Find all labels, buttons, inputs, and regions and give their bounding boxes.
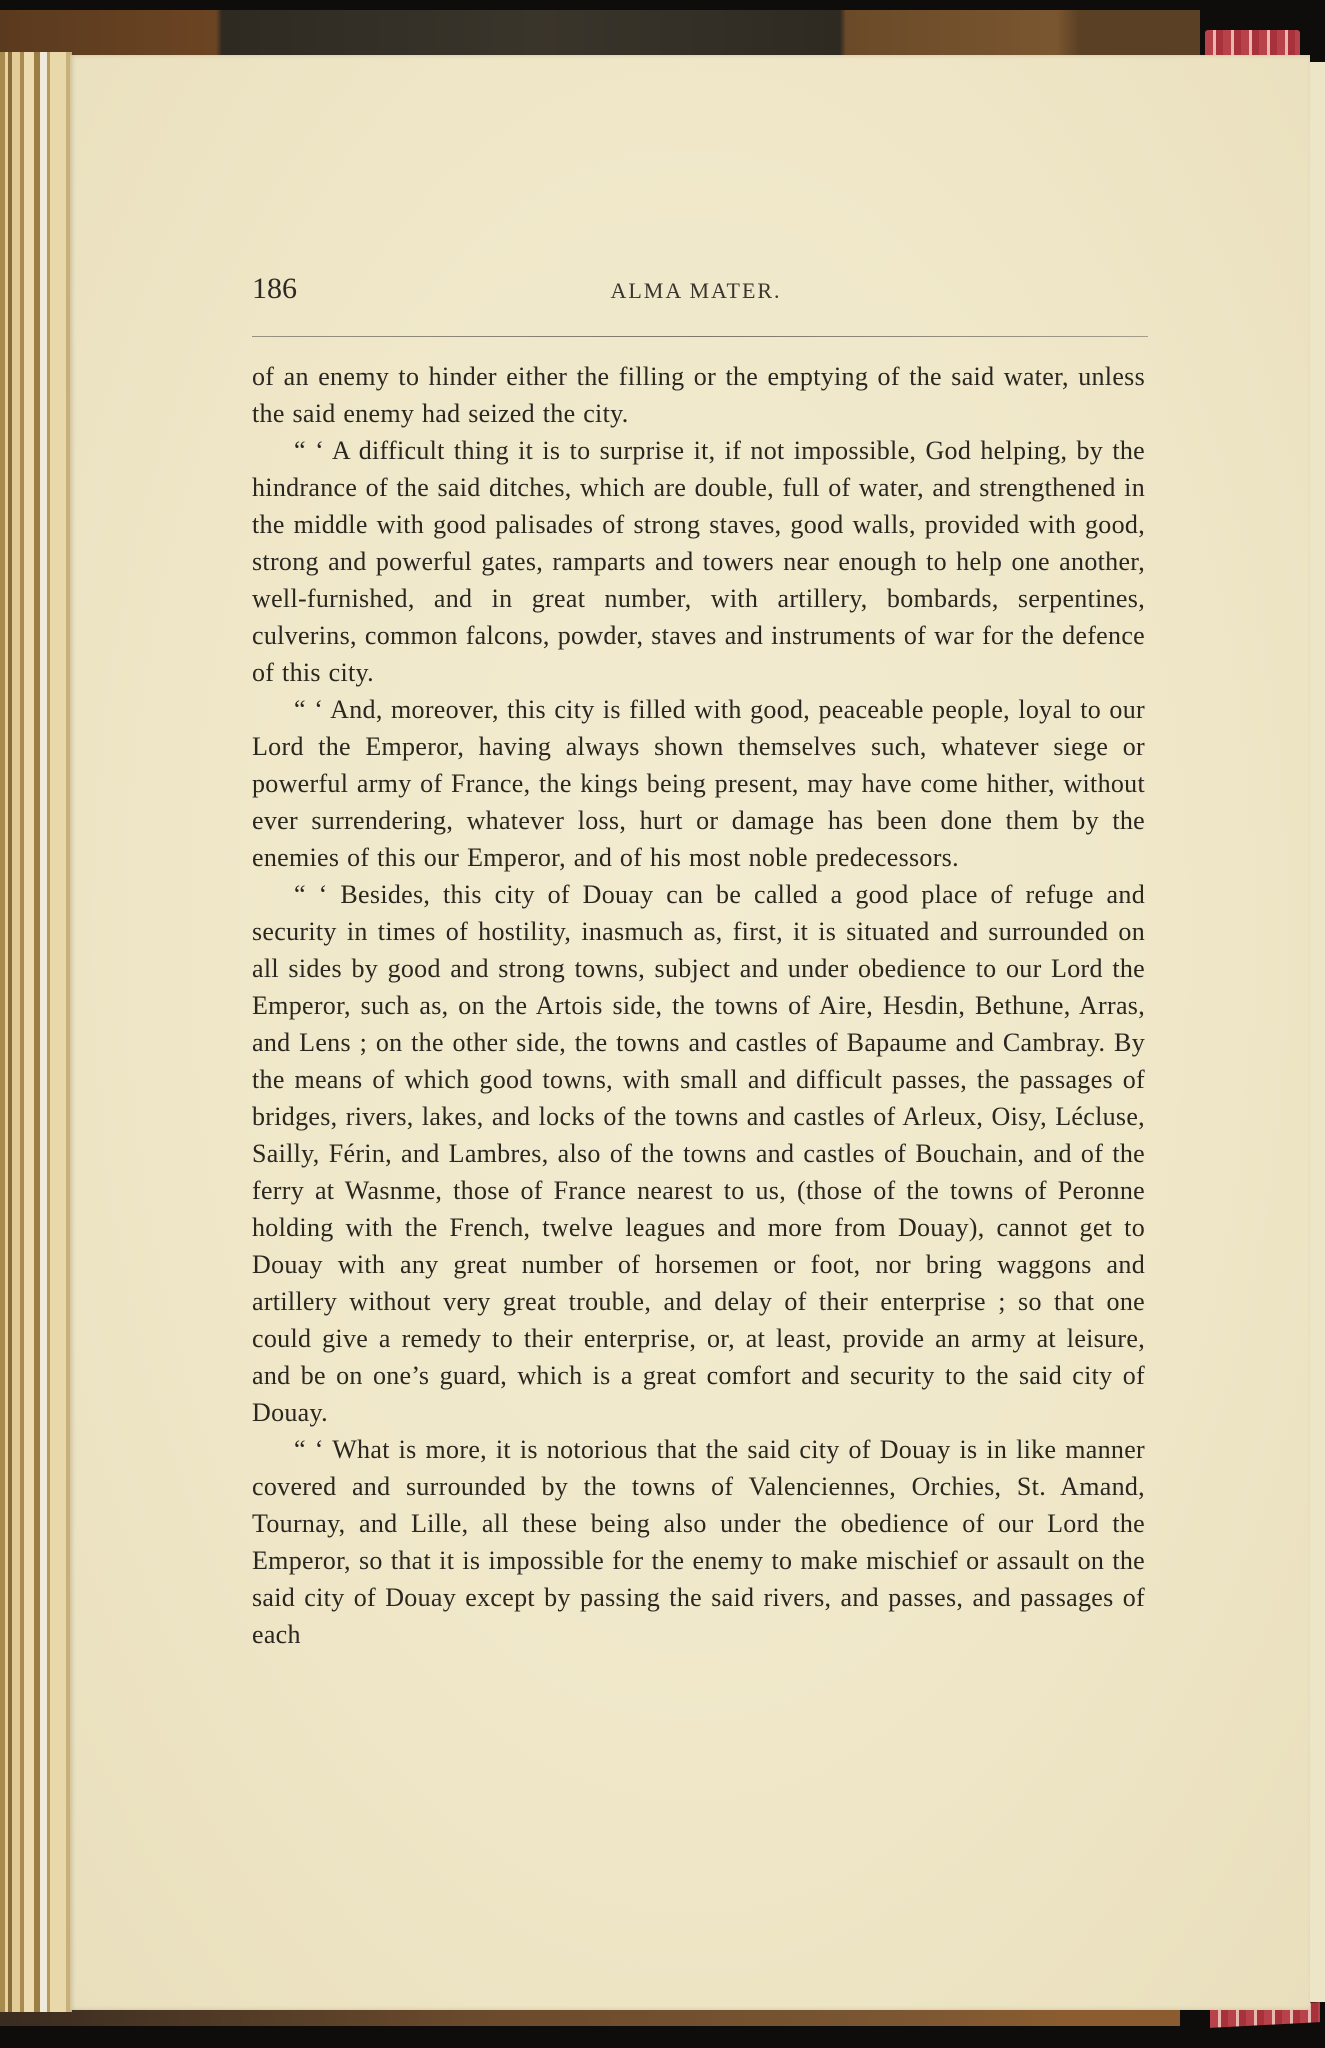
paragraph: “ ‘ And, moreover, this city is filled w… [252, 691, 1145, 876]
paragraph: “ ‘ What is more, it is notorious that t… [252, 1431, 1145, 1653]
header-rule [252, 336, 1148, 337]
body-text: of an enemy to hinder either the filling… [252, 358, 1145, 1653]
page-header: 186 ALMA MATER. [252, 272, 1140, 312]
page-stack-edges [0, 52, 72, 2012]
book-cover-bottom-edge [0, 2010, 1180, 2026]
running-title: ALMA MATER. [252, 278, 1140, 304]
paragraph: “ ‘ A difficult thing it is to surprise … [252, 432, 1145, 691]
paragraph: “ ‘ Besides, this city of Douay can be c… [252, 876, 1145, 1431]
paragraph: of an enemy to hinder either the filling… [252, 358, 1145, 432]
book-cover-top-edge [0, 10, 1200, 56]
